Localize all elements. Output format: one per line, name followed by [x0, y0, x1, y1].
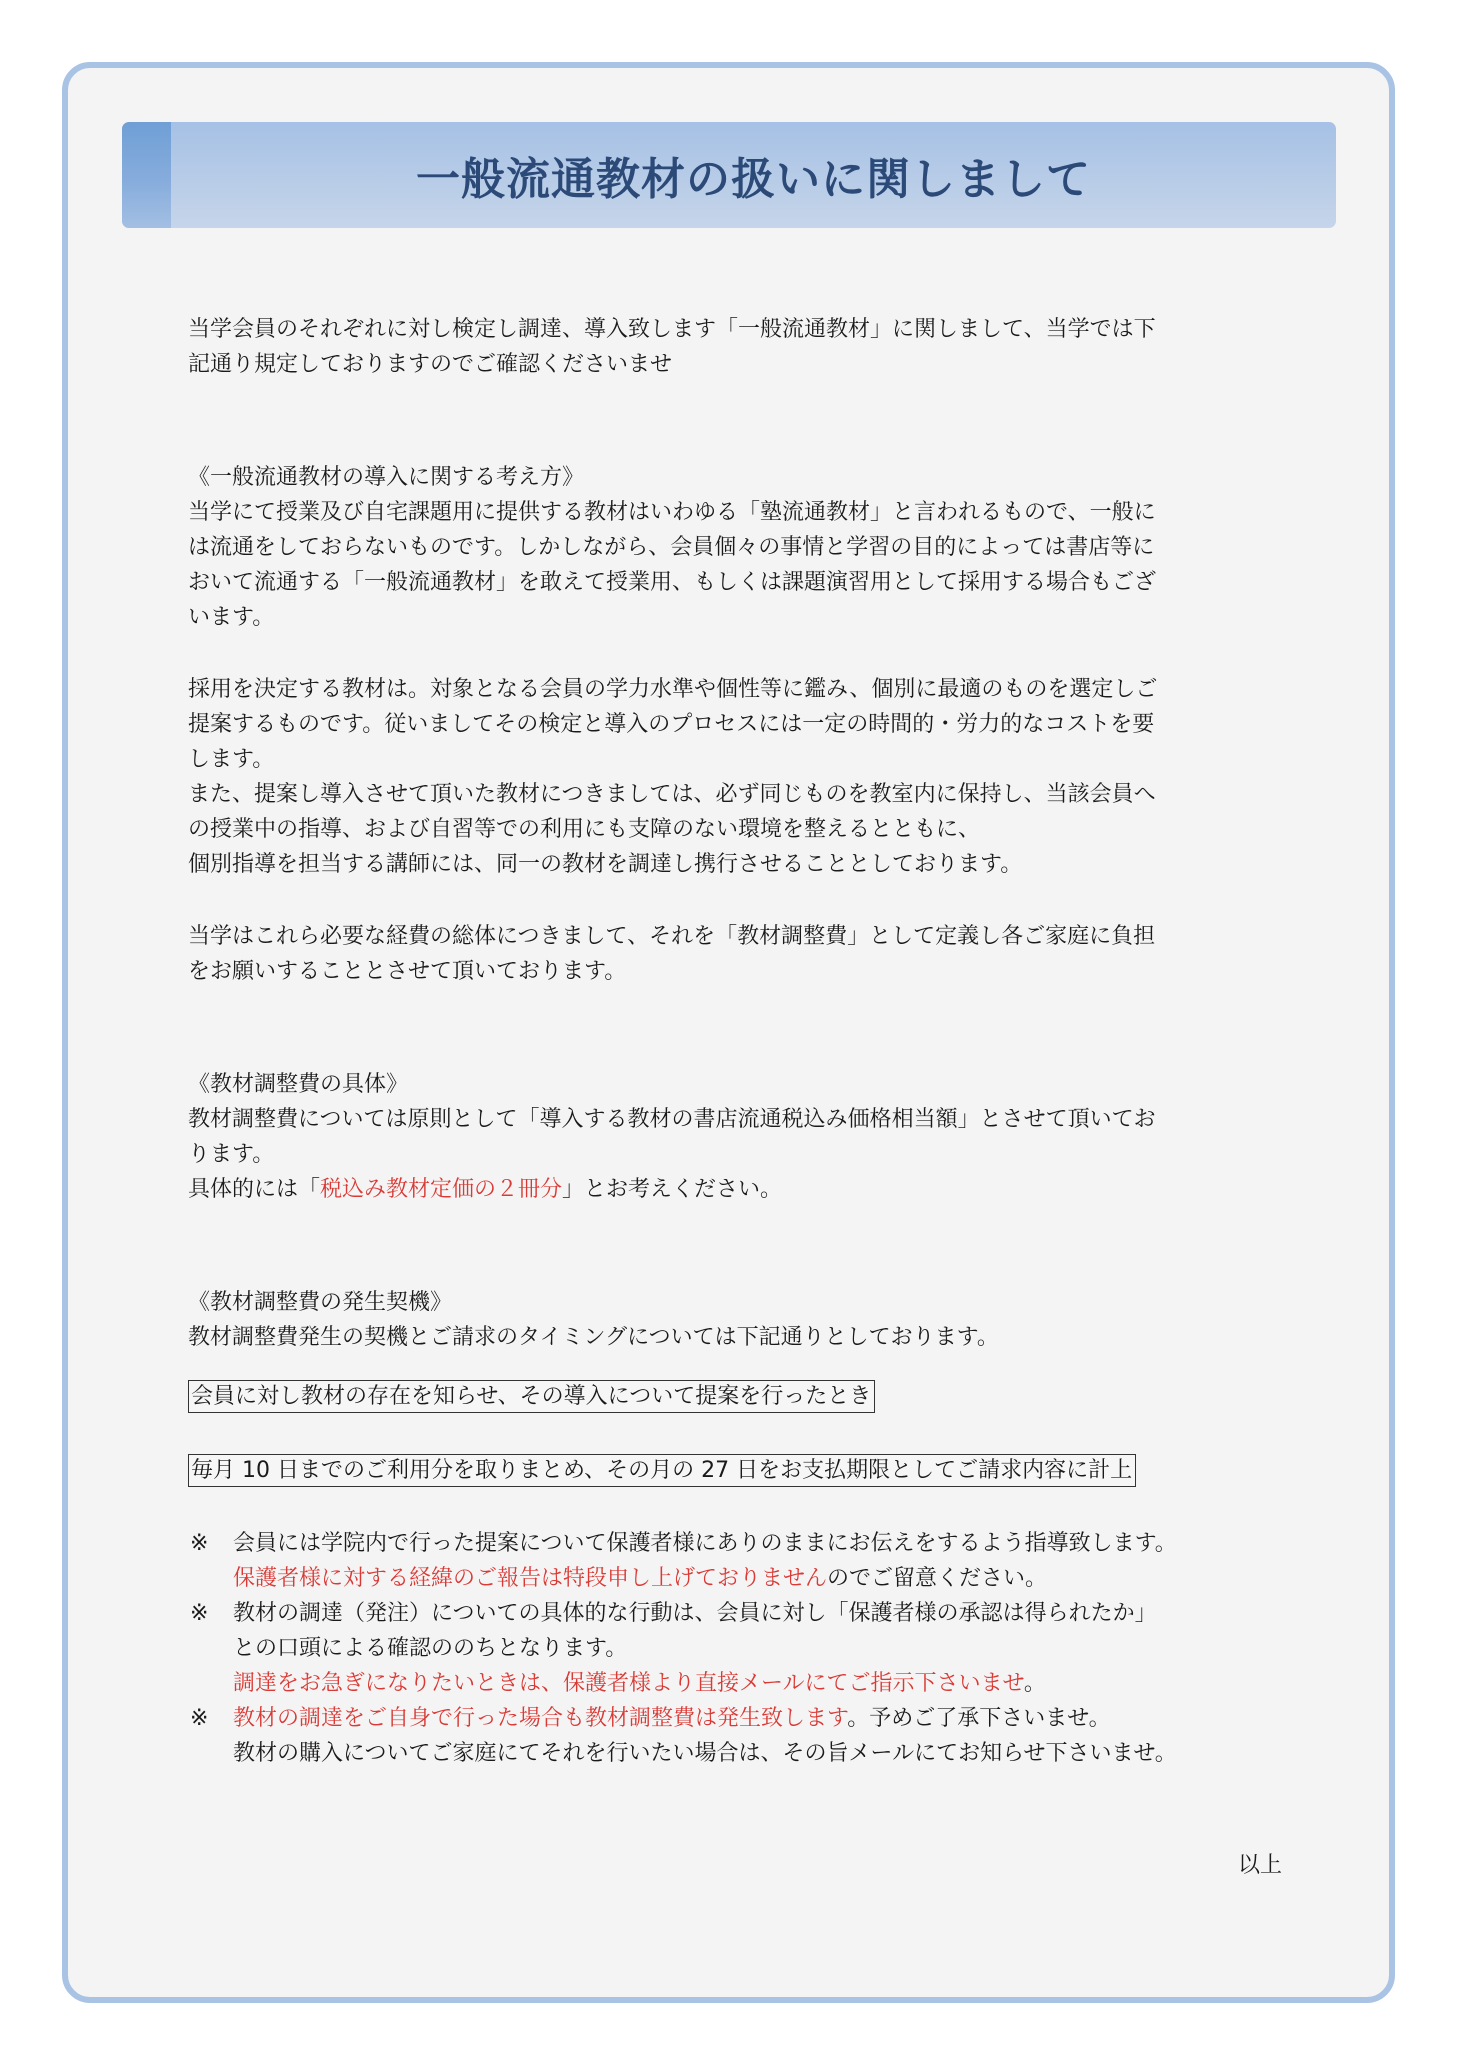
section-heading-trigger: 《教材調整費の発生契機》 [188, 1285, 452, 1320]
detail-specific-highlight: 税込み教材定価の２冊分 [320, 1177, 562, 1202]
detail-specific-line: 具体的には「税込み教材定価の２冊分」とお考えください。 [188, 1172, 782, 1207]
note3-red-text: 教材の調達をご自身で行った場合も教材調整費は発生致します [233, 1706, 847, 1731]
detail-line: 教材調整費については原則として「導入する教材の書店流通税込み価格相当額」とさせて… [188, 1102, 1156, 1137]
note1-rest-text: のでご留意ください。 [827, 1566, 1047, 1591]
policy-paragraph-line: います。 [188, 600, 274, 635]
policy-paragraph-line: します。 [188, 742, 274, 777]
document-card: 一般流通教材の扱いに関しまして 当学会員のそれぞれに対し検定し調達、導入致します… [62, 62, 1395, 2003]
trigger-box-proposal: 会員に対し教材の存在を知らせ、その導入について提案を行ったとき [188, 1380, 875, 1413]
intro-line: 記通り規定しておりますのでご確認くださいませ [188, 347, 672, 382]
closing-text: 以上 [1238, 1848, 1282, 1883]
note3-rest-text: 。予めご了承下さいませ。 [847, 1706, 1110, 1731]
trigger-line: 教材調整費発生の契機とご請求のタイミングについては下記通りとしております。 [188, 1320, 999, 1355]
note3-line1: 教材の調達をご自身で行った場合も教材調整費は発生致します。予めご了承下さいませ。 [233, 1701, 1111, 1736]
section-heading-detail: 《教材調整費の具体》 [188, 1067, 408, 1102]
note2-red-text: 調達をお急ぎになりたいときは、保護者様より直接メールにてご指示下さいませ [233, 1671, 1024, 1696]
intro-line: 当学会員のそれぞれに対し検定し調達、導入致します「一般流通教材」に関しまして、当… [188, 312, 1156, 347]
policy-paragraph-line: 提案するものです。従いましてその検定と導入のプロセスには一定の時間的・労力的なコ… [188, 707, 1154, 742]
trigger-box-billing: 毎月 10 日までのご利用分を取りまとめ、その月の 27 日をお支払期限としてご… [188, 1454, 1136, 1487]
note-mark-icon: ※ [190, 1596, 208, 1631]
note2-rest-text: 。 [1024, 1671, 1046, 1696]
page-title: 一般流通教材の扱いに関しまして [171, 122, 1336, 228]
policy-paragraph-line: 個別指導を担当する講師には、同一の教材を調達し携行させることとしております。 [188, 847, 1022, 882]
note2-line3: 調達をお急ぎになりたいときは、保護者様より直接メールにてご指示下さいませ。 [233, 1666, 1046, 1701]
note1-line2: 保護者様に対する経緯のご報告は特段申し上げておりませんのでご留意ください。 [233, 1561, 1047, 1596]
note1-line1: 会員には学院内で行った提案について保護者様にありのままにお伝えをするよう指導致し… [233, 1526, 1177, 1561]
detail-line: ります。 [188, 1137, 274, 1172]
note2-line2: との口頭による確認ののちとなります。 [233, 1631, 627, 1666]
note2-line1: 教材の調達（発注）についての具体的な行動は、会員に対し「保護者様の承認は得られた… [233, 1596, 1157, 1631]
note-mark-icon: ※ [190, 1701, 208, 1736]
policy-paragraph-line: 当学にて授業及び自宅課題用に提供する教材はいわゆる「塾流通教材」と言われるもので… [188, 495, 1156, 530]
policy-paragraph-line: おいて流通する「一般流通教材」を敢えて授業用、もしくは課題演習用として採用する場… [188, 565, 1156, 600]
detail-specific-prefix: 具体的には「 [188, 1177, 320, 1202]
detail-specific-suffix: 」とお考えください。 [562, 1177, 782, 1202]
policy-paragraph-line: をお願いすることとさせて頂いております。 [188, 954, 626, 989]
policy-paragraph-line: の授業中の指導、および自習等での利用にも支障のない環境を整えるとともに、 [188, 812, 980, 847]
title-banner: 一般流通教材の扱いに関しまして [122, 122, 1336, 228]
section-heading-policy: 《一般流通教材の導入に関する考え方》 [188, 460, 584, 495]
note1-red-text: 保護者様に対する経緯のご報告は特段申し上げておりません [233, 1566, 827, 1591]
note-mark-icon: ※ [190, 1526, 208, 1561]
policy-paragraph-line: 当学はこれら必要な経費の総体につきまして、それを「教材調整費」として定義し各ご家… [188, 919, 1155, 954]
title-accent-bar [122, 122, 171, 228]
policy-paragraph-line: 採用を決定する教材は。対象となる会員の学力水準や個性等に鑑み、個別に最適のものを… [188, 672, 1157, 707]
policy-paragraph-line: は流通をしておらないものです。しかしながら、会員個々の事情と学習の目的によっては… [188, 530, 1154, 565]
policy-paragraph-line: また、提案し導入させて頂いた教材につきましては、必ず同じものを教室内に保持し、当… [188, 777, 1156, 812]
note3-line2: 教材の購入についてご家庭にてそれを行いたい場合は、その旨メールにてお知らせ下さい… [233, 1736, 1177, 1771]
